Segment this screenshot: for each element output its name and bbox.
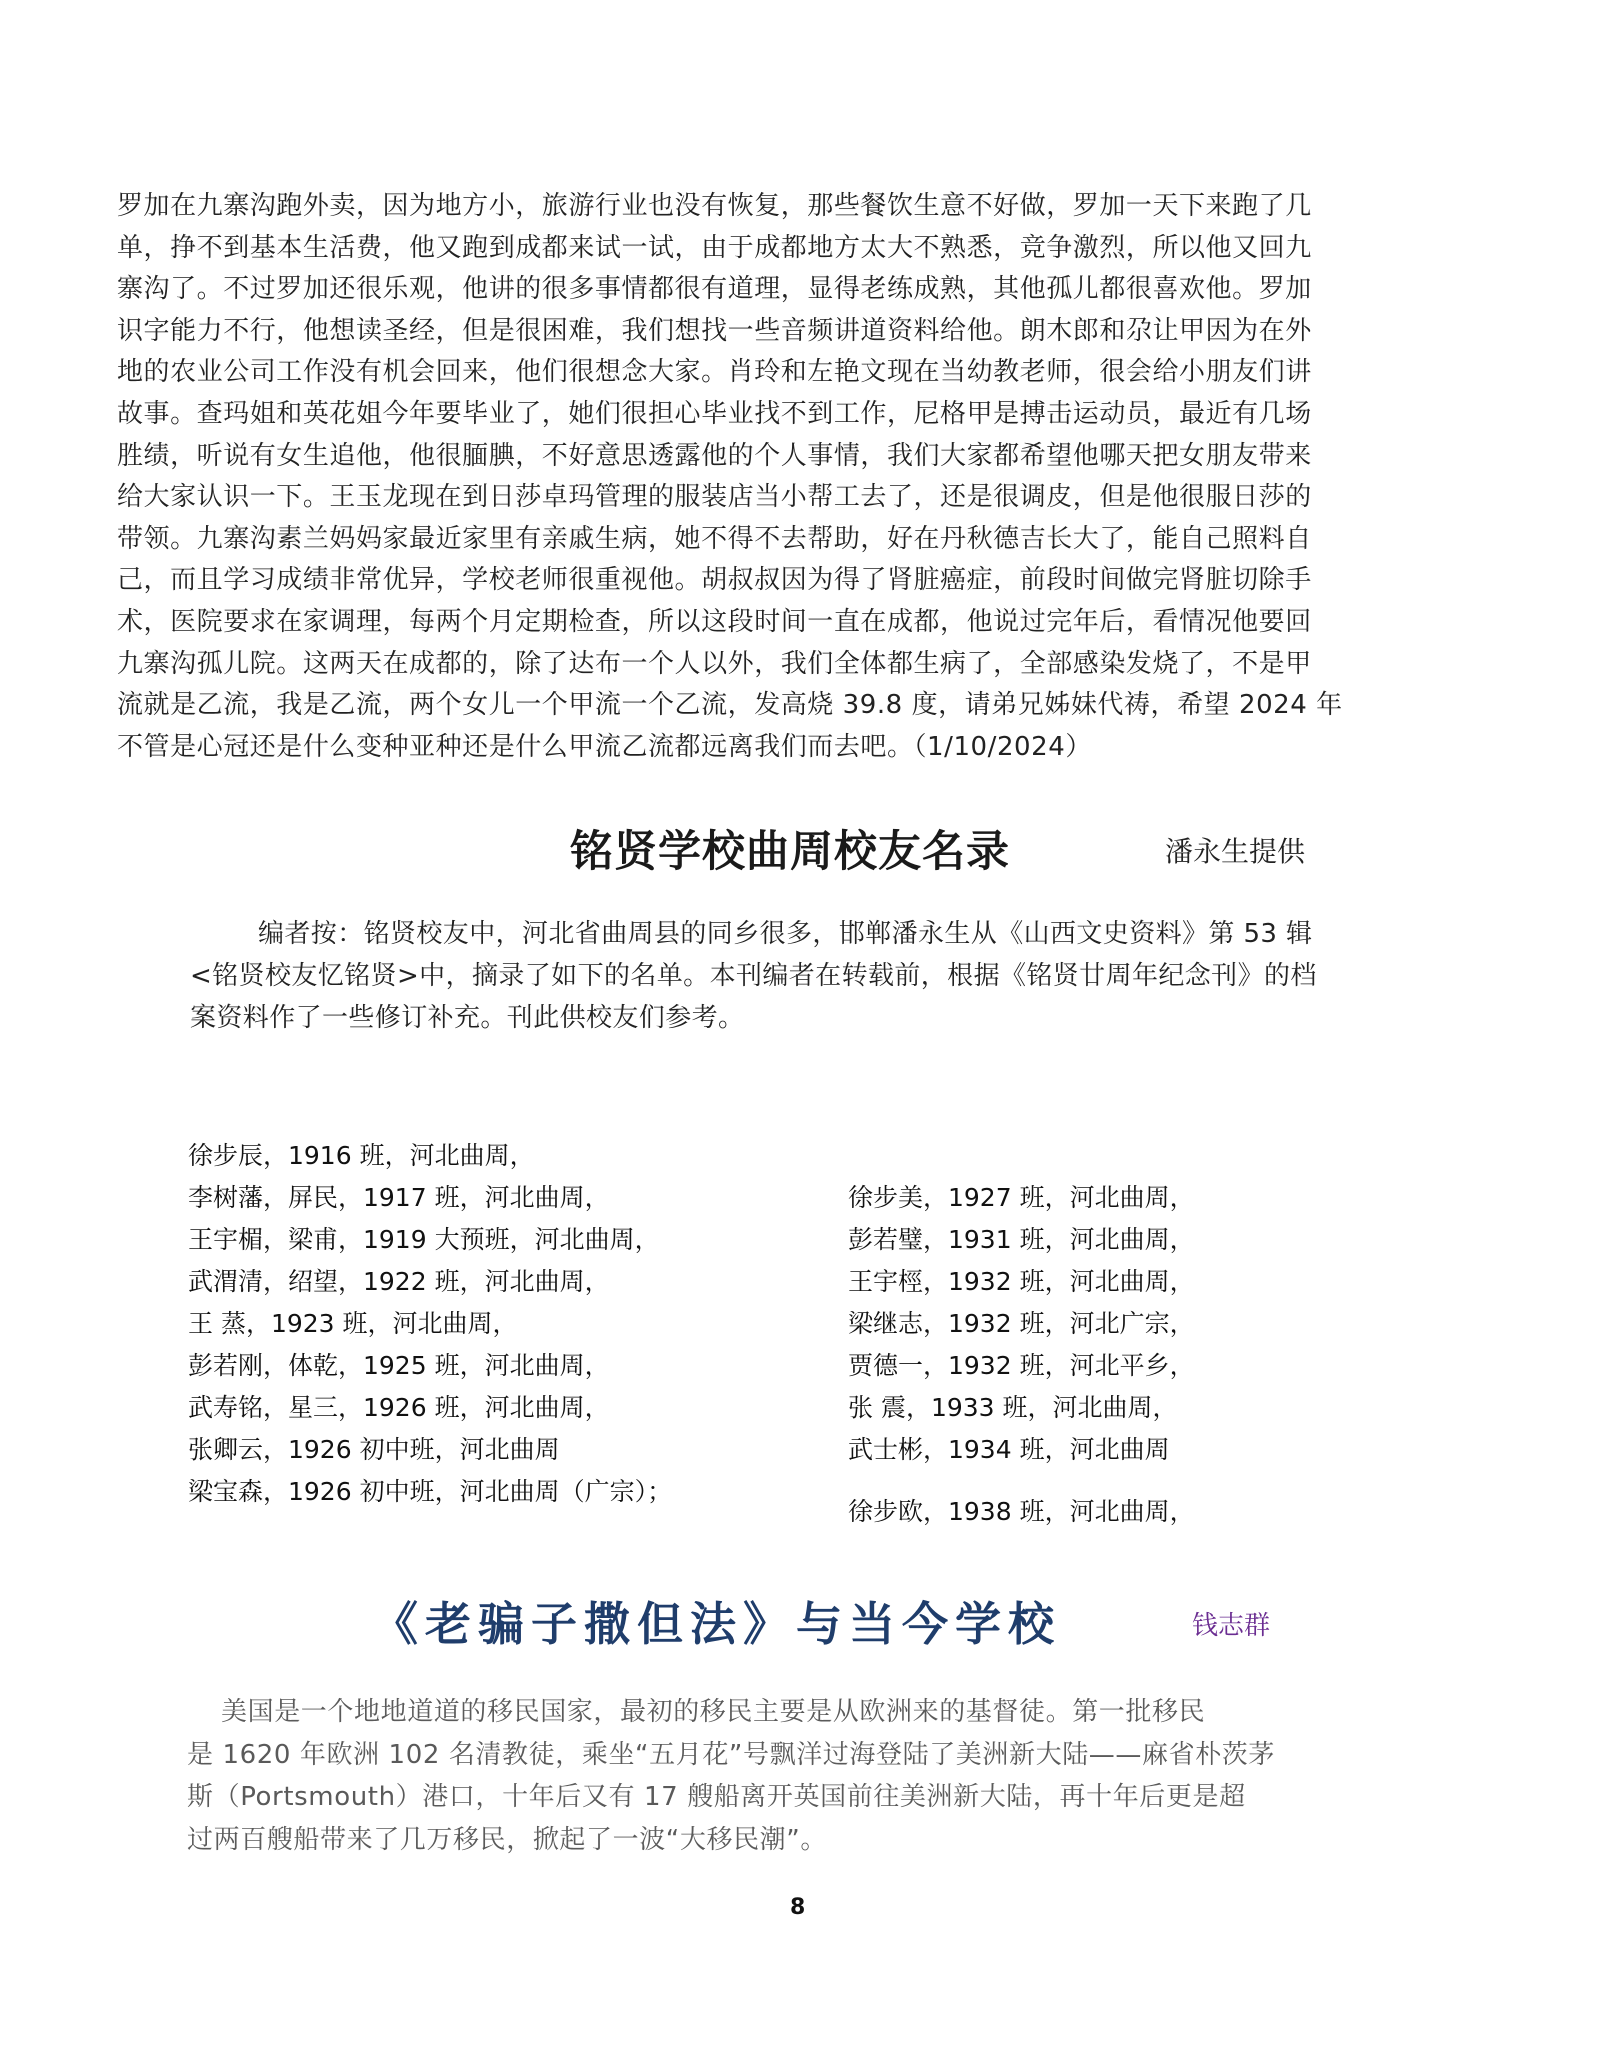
story-line: 九寨沟孤儿院。这两天在成都的，除了达布一个人以外，我们全体都生病了，全部感染发烧… (117, 644, 1412, 686)
article-line: 是 1620 年欧洲 102 名清教徒，乘坐“五月花”号飘洋过海登陆了美洲新大陆… (187, 1734, 1412, 1777)
article-author: 钱志群 (1192, 1605, 1270, 1642)
story-line: 寨沟了。不过罗加还很乐观，他讲的很多事情都很有道理，显得老练成熟，其他孤儿都很喜… (117, 269, 1412, 311)
alumni-entry: 李树藩，屏民，1917 班，河北曲周， (188, 1178, 610, 1214)
article-body: 美国是一个地地道道的移民国家，最初的移民主要是从欧洲来的基督徒。第一批移民 是 … (187, 1691, 1412, 1861)
article-line: 斯（Portsmouth）港口，十年后又有 17 艘船离开英国前往美洲新大陆，再… (187, 1776, 1412, 1819)
story-paragraph: 罗加在九寨沟跑外卖，因为地方小，旅游行业也没有恢复，那些餐饮生意不好做，罗加一天… (117, 186, 1412, 768)
alumni-entry: 王宇楣，梁甫，1919 大预班，河北曲周， (188, 1220, 660, 1256)
alumni-entry: 王宇桱，1932 班，河北曲周， (848, 1262, 1195, 1298)
alumni-entry: 徐步美，1927 班，河北曲周， (848, 1178, 1195, 1214)
editor-note-line: 编者按：铭贤校友中，河北省曲周县的同乡很多，邯郸潘永生从《山西文史资料》第 53… (190, 913, 1405, 955)
alumni-entry: 武渭清，绍望，1922 班，河北曲周， (188, 1262, 610, 1298)
story-line: 给大家认识一下。王玉龙现在到日莎卓玛管理的服装店当小帮工去了，还是很调皮，但是他… (117, 477, 1412, 519)
alumni-entry: 张卿云，1926 初中班，河北曲周 (188, 1430, 560, 1466)
alumni-entry: 贾德一，1932 班，河北平乡， (848, 1346, 1195, 1382)
story-line: 罗加在九寨沟跑外卖，因为地方小，旅游行业也没有恢复，那些餐饮生意不好做，罗加一天… (117, 186, 1412, 228)
page-number: 8 (790, 1895, 805, 1920)
editor-note-line: <铭贤校友忆铭贤>中，摘录了如下的名单。本刊编者在转载前，根据《铭贤廿周年纪念刊… (190, 955, 1405, 997)
editor-note: 编者按：铭贤校友中，河北省曲周县的同乡很多，邯郸潘永生从《山西文史资料》第 53… (190, 913, 1405, 1039)
alumni-entry: 彭若璧，1931 班，河北曲周， (848, 1220, 1195, 1256)
alumni-entry: 徐步辰，1916 班，河北曲周， (188, 1136, 535, 1172)
story-line: 故事。查玛姐和英花姐今年要毕业了，她们很担心毕业找不到工作，尼格甲是搏击运动员，… (117, 394, 1412, 436)
article-line: 过两百艘船带来了几万移民，掀起了一波“大移民潮”。 (187, 1819, 1412, 1862)
story-line: 带领。九寨沟素兰妈妈家最近家里有亲戚生病，她不得不去帮助，好在丹秋德吉长大了，能… (117, 519, 1412, 561)
story-line: 不管是心冠还是什么变种亚种还是什么甲流乙流都远离我们而去吧。（1/10/2024… (117, 727, 1412, 769)
story-line: 流就是乙流，我是乙流，两个女儿一个甲流一个乙流，发高烧 39.8 度，请弟兄姊妹… (117, 685, 1412, 727)
story-line: 地的农业公司工作没有机会回来，他们很想念大家。肖玲和左艳文现在当幼教老师，很会给… (117, 352, 1412, 394)
article-line: 美国是一个地地道道的移民国家，最初的移民主要是从欧洲来的基督徒。第一批移民 (187, 1691, 1412, 1734)
article-title: 《老骗子撒但法》与当今学校 (372, 1588, 1061, 1654)
alumni-entry: 张 震，1933 班，河北曲周， (848, 1388, 1178, 1424)
alumni-entry: 彭若刚，体乾，1925 班，河北曲周， (188, 1346, 610, 1382)
alumni-entry: 徐步欧，1938 班，河北曲周， (848, 1492, 1195, 1528)
story-line: 己，而且学习成绩非常优异，学校老师很重视他。胡叔叔因为得了肾脏癌症，前段时间做完… (117, 560, 1412, 602)
alumni-entry: 武士彬，1934 班，河北曲周 (848, 1430, 1170, 1466)
story-line: 胜绩，听说有女生追他，他很腼腆，不好意思透露他的个人事情，我们大家都希望他哪天把… (117, 436, 1412, 478)
story-line: 单，挣不到基本生活费，他又跑到成都来试一试，由于成都地方太大不熟悉，竞争激烈，所… (117, 228, 1412, 270)
alumni-section-author: 潘永生提供 (1165, 830, 1305, 870)
editor-note-line: 案资料作了一些修订补充。刊此供校友们参考。 (190, 997, 1405, 1039)
alumni-section-title: 铭贤学校曲周校友名录 (570, 818, 1010, 879)
alumni-entry: 武寿铭，星三，1926 班，河北曲周， (188, 1388, 610, 1424)
story-line: 术，医院要求在家调理，每两个月定期检查，所以这段时间一直在成都，他说过完年后，看… (117, 602, 1412, 644)
alumni-entry: 梁宝森，1926 初中班，河北曲周（广宗）； (188, 1472, 672, 1508)
story-line: 识字能力不行，他想读圣经，但是很困难，我们想找一些音频讲道资料给他。朗木郎和尕让… (117, 311, 1412, 353)
alumni-entry: 王 蒸，1923 班，河北曲周， (188, 1304, 518, 1340)
alumni-entry: 梁继志，1932 班，河北广宗， (848, 1304, 1195, 1340)
document-page: 罗加在九寨沟跑外卖，因为地方小，旅游行业也没有恢复，那些餐饮生意不好做，罗加一天… (0, 0, 1600, 2071)
